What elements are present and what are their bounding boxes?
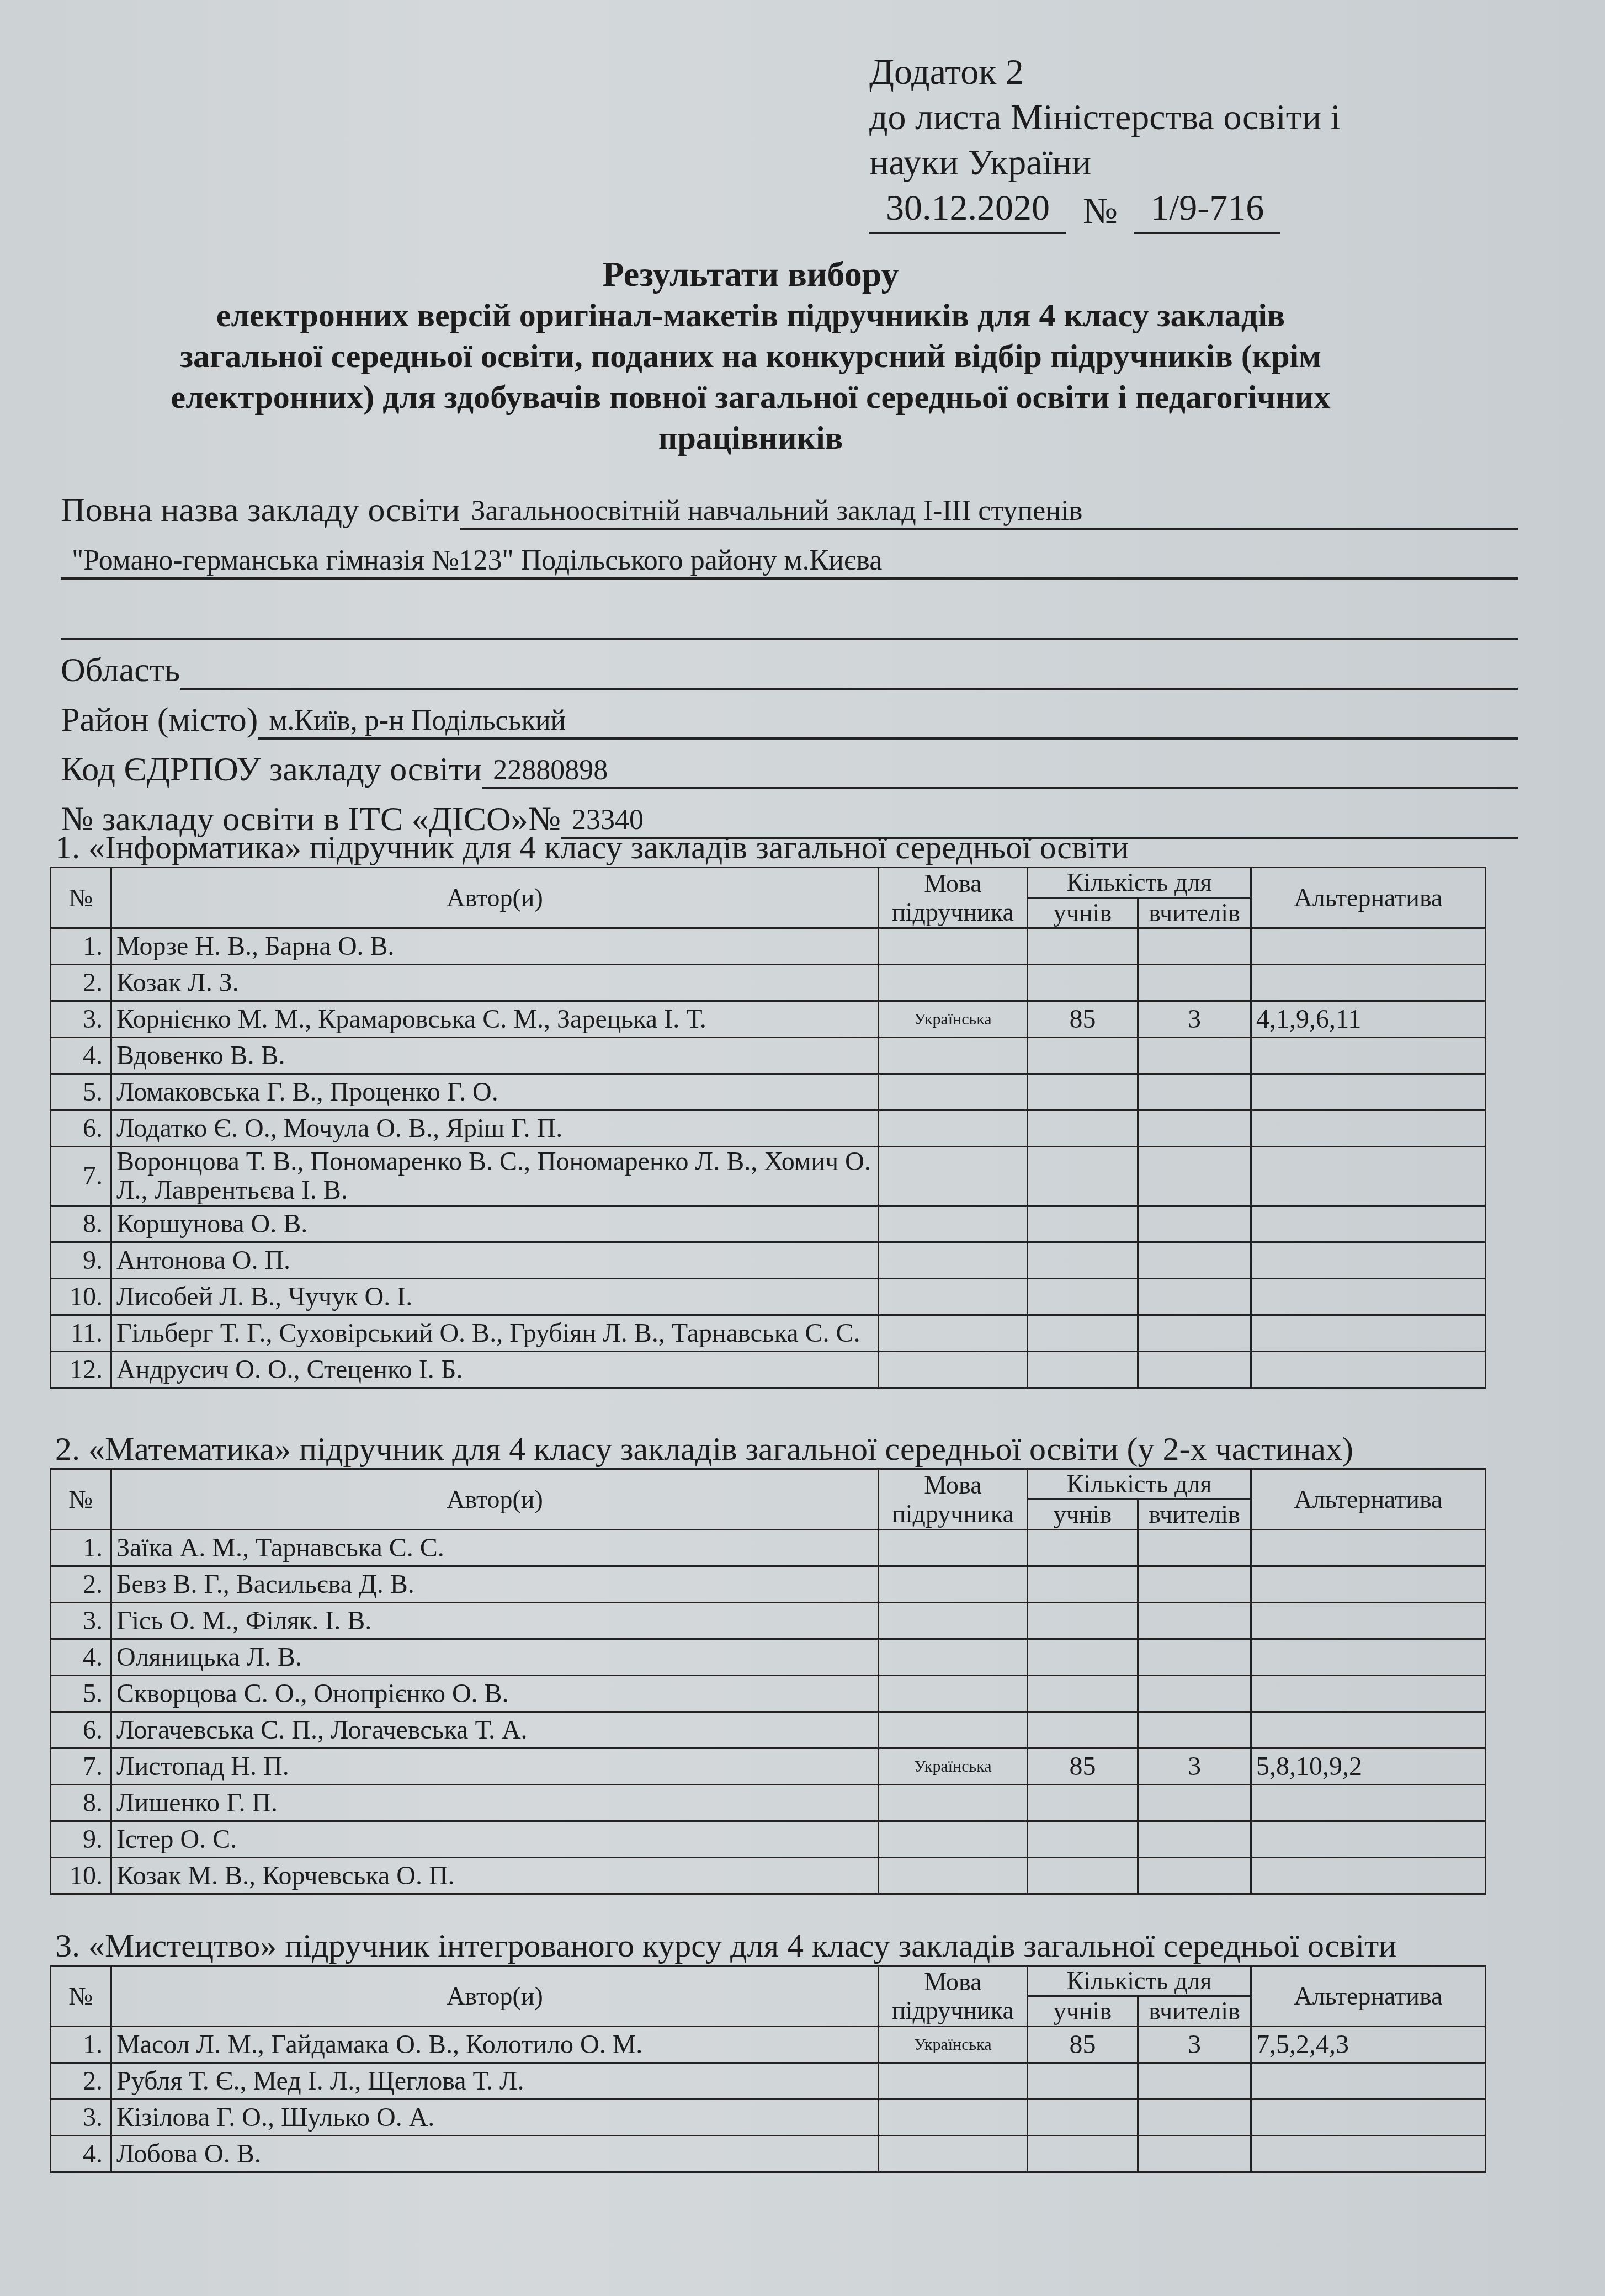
row-language (879, 1352, 1028, 1388)
appendix-letter-ref: до листа Міністерства освіти і (869, 95, 1341, 140)
row-authors: Ломаковська Г. В., Проценко Г. О. (111, 1074, 879, 1110)
row-teachers-count: 3 (1138, 1001, 1251, 1038)
row-students-count (1028, 965, 1138, 1001)
row-language (879, 928, 1028, 965)
section-title: 3. «Мистецтво» підручник інтегрованого к… (50, 1926, 1485, 1965)
row-students-count: 85 (1028, 1001, 1138, 1038)
table-row: 4.Лобова О. В. (51, 2136, 1486, 2172)
row-students-count (1028, 1566, 1138, 1603)
row-students-count (1028, 1074, 1138, 1110)
row-teachers-count (1138, 1676, 1251, 1712)
row-alternative (1251, 1242, 1486, 1279)
region-row: Область (61, 640, 1518, 690)
header-language: Мова підручника (879, 868, 1028, 928)
row-teachers-count (1138, 965, 1251, 1001)
row-alternative (1251, 1147, 1486, 1206)
full-name-value-1: Загальноосвітній навчальний заклад І-ІІІ… (460, 495, 1518, 530)
row-teachers-count (1138, 1279, 1251, 1315)
row-number: 7. (51, 1748, 111, 1785)
title-line-3: загальної середньої освіти, поданих на к… (66, 336, 1435, 376)
table-row: 3.Кізілова Г. О., Шулько О. А. (51, 2100, 1486, 2136)
row-teachers-count (1138, 1566, 1251, 1603)
table-row: 9.Антонова О. П. (51, 1242, 1486, 1279)
full-name-row: Повна назва закладу освіти Загальноосвіт… (61, 480, 1518, 530)
row-language (879, 1147, 1028, 1206)
row-language (879, 1821, 1028, 1858)
row-language: Українська (879, 1748, 1028, 1785)
row-students-count (1028, 1712, 1138, 1748)
header-authors: Автор(и) (111, 1469, 879, 1530)
header-students: учнів (1028, 1996, 1138, 2027)
title-line-4: електронних) для здобувачів повної загал… (66, 376, 1435, 417)
row-alternative (1251, 2063, 1486, 2100)
row-language (879, 1858, 1028, 1894)
row-language (879, 1785, 1028, 1821)
row-alternative (1251, 1206, 1486, 1242)
row-students-count (1028, 1858, 1138, 1894)
header-authors: Автор(и) (111, 1966, 879, 2027)
row-language (879, 1603, 1028, 1639)
header-alternative: Альтернатива (1251, 1469, 1486, 1530)
row-authors: Оляницька Л. В. (111, 1639, 879, 1676)
row-teachers-count (1138, 1074, 1251, 1110)
header-num: № (51, 1469, 111, 1530)
row-number: 6. (51, 1110, 111, 1147)
row-authors: Лодатко Є. О., Мочула О. В., Яріш Г. П. (111, 1110, 879, 1147)
row-students-count (1028, 2100, 1138, 2136)
row-language (879, 1639, 1028, 1676)
row-language: Українська (879, 1001, 1028, 1038)
row-teachers-count (1138, 928, 1251, 965)
row-authors: Логачевська С. П., Логачевська Т. А. (111, 1712, 879, 1748)
row-students-count (1028, 1206, 1138, 1242)
row-number: 8. (51, 1206, 111, 1242)
document-title: Результати вибору електронних версій ори… (66, 254, 1435, 458)
row-authors: Рубля Т. Є., Мед І. Л., Щеглова Т. Л. (111, 2063, 879, 2100)
row-students-count (1028, 1676, 1138, 1712)
row-number: 2. (51, 2063, 111, 2100)
row-authors: Гісь О. М., Філяк. І. В. (111, 1603, 879, 1639)
row-teachers-count: 3 (1138, 2027, 1251, 2063)
row-alternative (1251, 1352, 1486, 1388)
institution-fields: Повна назва закладу освіти Загальноосвіт… (61, 480, 1518, 839)
row-alternative (1251, 1279, 1486, 1315)
table-row: 10.Лисобей Л. В., Чучук О. І. (51, 1279, 1486, 1315)
section-mathematics: 2. «Математика» підручник для 4 класу за… (50, 1429, 1485, 1895)
row-alternative (1251, 1821, 1486, 1858)
row-alternative: 7,5,2,4,3 (1251, 2027, 1486, 2063)
row-language (879, 1566, 1028, 1603)
row-alternative (1251, 1785, 1486, 1821)
table-row: 8.Коршунова О. В. (51, 1206, 1486, 1242)
row-authors: Вдовенко В. В. (111, 1038, 879, 1074)
table-row: 12.Андрусич О. О., Стеценко І. Б. (51, 1352, 1486, 1388)
header-language: Мова підручника (879, 1469, 1028, 1530)
header-students: учнів (1028, 1500, 1138, 1530)
title-line-2: електронних версій оригінал-макетів підр… (66, 295, 1435, 336)
row-language (879, 965, 1028, 1001)
row-alternative (1251, 2100, 1486, 2136)
table-row: 3.Корнієнко М. М., Крамаровська С. М., З… (51, 1001, 1486, 1038)
row-students-count (1028, 1147, 1138, 1206)
row-authors: Андрусич О. О., Стеценко І. Б. (111, 1352, 879, 1388)
row-alternative (1251, 965, 1486, 1001)
row-students-count (1028, 2063, 1138, 2100)
row-teachers-count (1138, 1639, 1251, 1676)
region-value (180, 655, 1518, 690)
section-title: 2. «Математика» підручник для 4 класу за… (50, 1429, 1485, 1468)
row-students-count (1028, 1785, 1138, 1821)
row-language (879, 2063, 1028, 2100)
table-row: 5.Скворцова С. О., Онопрієнко О. В. (51, 1676, 1486, 1712)
row-number: 2. (51, 1566, 111, 1603)
full-name-row-2: "Романо-германська гімназія №123" Поділь… (61, 530, 1518, 580)
row-number: 9. (51, 1821, 111, 1858)
row-language (879, 2136, 1028, 2172)
row-language (879, 1242, 1028, 1279)
row-teachers-count (1138, 1712, 1251, 1748)
row-alternative (1251, 1315, 1486, 1352)
number-sign: № (1083, 189, 1118, 234)
row-students-count (1028, 1242, 1138, 1279)
row-number: 12. (51, 1352, 111, 1388)
letter-number: 1/9-716 (1134, 185, 1280, 234)
row-teachers-count (1138, 1530, 1251, 1566)
row-number: 5. (51, 1074, 111, 1110)
table-row: 1.Заїка А. М., Тарнавська С. С. (51, 1530, 1486, 1566)
table-row: 2.Рубля Т. Є., Мед І. Л., Щеглова Т. Л. (51, 2063, 1486, 2100)
row-language (879, 1206, 1028, 1242)
row-authors: Козак М. В., Корчевська О. П. (111, 1858, 879, 1894)
row-authors: Листопад Н. П. (111, 1748, 879, 1785)
row-students-count (1028, 1352, 1138, 1388)
row-alternative (1251, 1712, 1486, 1748)
table-row: 6.Лодатко Є. О., Мочула О. В., Яріш Г. П… (51, 1110, 1486, 1147)
row-students-count (1028, 1821, 1138, 1858)
row-number: 2. (51, 965, 111, 1001)
row-teachers-count (1138, 1038, 1251, 1074)
row-teachers-count (1138, 2136, 1251, 2172)
header-teachers: вчителів (1138, 1500, 1251, 1530)
table-row: 1.Масол Л. М., Гайдамака О. В., Колотило… (51, 2027, 1486, 2063)
row-students-count (1028, 1110, 1138, 1147)
row-teachers-count (1138, 1603, 1251, 1639)
full-name-label: Повна назва закладу освіти (61, 491, 460, 530)
header-num: № (51, 868, 111, 928)
row-teachers-count (1138, 1785, 1251, 1821)
row-alternative (1251, 1858, 1486, 1894)
full-name-value-3 (61, 605, 1518, 640)
full-name-row-3 (61, 580, 1518, 640)
table-row: 3.Гісь О. М., Філяк. І. В. (51, 1603, 1486, 1639)
textbook-table: № Автор(и) Мова підручника Кількість для… (50, 867, 1486, 1389)
table-row: 4.Оляницька Л. В. (51, 1639, 1486, 1676)
district-label: Район (місто) (61, 700, 258, 740)
appendix-header: Додаток 2 до листа Міністерства освіти і… (869, 50, 1341, 234)
table-row: 7.Листопад Н. П.Українська8535,8,10,9,2 (51, 1748, 1486, 1785)
row-teachers-count (1138, 1242, 1251, 1279)
header-authors: Автор(и) (111, 868, 879, 928)
row-teachers-count (1138, 1206, 1251, 1242)
region-label: Область (61, 651, 180, 690)
row-authors: Масол Л. М., Гайдамака О. В., Колотило О… (111, 2027, 879, 2063)
row-teachers-count (1138, 1110, 1251, 1147)
row-students-count (1028, 928, 1138, 965)
row-alternative: 4,1,9,6,11 (1251, 1001, 1486, 1038)
row-authors: Козак Л. З. (111, 965, 879, 1001)
row-alternative: 5,8,10,9,2 (1251, 1748, 1486, 1785)
row-alternative (1251, 1110, 1486, 1147)
row-number: 5. (51, 1676, 111, 1712)
row-teachers-count (1138, 1315, 1251, 1352)
header-quantity: Кількість для (1028, 868, 1251, 898)
row-teachers-count (1138, 2063, 1251, 2100)
row-authors: Антонова О. П. (111, 1242, 879, 1279)
row-authors: Лобова О. В. (111, 2136, 879, 2172)
row-number: 1. (51, 2027, 111, 2063)
row-teachers-count: 3 (1138, 1748, 1251, 1785)
edrpou-value: 22880898 (482, 754, 1518, 789)
header-language: Мова підручника (879, 1966, 1028, 2027)
row-number: 3. (51, 1603, 111, 1639)
header-alternative: Альтернатива (1251, 868, 1486, 928)
row-students-count: 85 (1028, 1748, 1138, 1785)
row-number: 11. (51, 1315, 111, 1352)
row-language (879, 1074, 1028, 1110)
textbook-table: № Автор(и) Мова підручника Кількість для… (50, 1468, 1486, 1895)
row-students-count (1028, 1315, 1138, 1352)
table-row: 1.Морзе Н. В., Барна О. В. (51, 928, 1486, 965)
table-row: 2.Бевз В. Г., Васильєва Д. В. (51, 1566, 1486, 1603)
full-name-value-2: "Романо-германська гімназія №123" Поділь… (61, 544, 1518, 580)
row-authors: Істер О. С. (111, 1821, 879, 1858)
header-students: учнів (1028, 898, 1138, 928)
row-alternative (1251, 1530, 1486, 1566)
header-alternative: Альтернатива (1251, 1966, 1486, 2027)
row-students-count: 85 (1028, 2027, 1138, 2063)
row-alternative (1251, 1603, 1486, 1639)
row-language (879, 1712, 1028, 1748)
row-language (879, 1110, 1028, 1147)
section-art: 3. «Мистецтво» підручник інтегрованого к… (50, 1926, 1485, 2173)
section-title: 1. «Інформатика» підручник для 4 класу з… (50, 828, 1485, 867)
header-num: № (51, 1966, 111, 2027)
row-number: 3. (51, 1001, 111, 1038)
district-row: Район (місто) м.Київ, р-н Подільський (61, 690, 1518, 740)
row-authors: Гільберг Т. Г., Суховірський О. В., Груб… (111, 1315, 879, 1352)
row-alternative (1251, 1639, 1486, 1676)
row-number: 6. (51, 1712, 111, 1748)
row-students-count (1028, 1603, 1138, 1639)
row-alternative (1251, 1566, 1486, 1603)
row-number: 10. (51, 1279, 111, 1315)
row-authors: Воронцова Т. В., Пономаренко В. С., Поно… (111, 1147, 879, 1206)
section-informatics: 1. «Інформатика» підручник для 4 класу з… (50, 828, 1485, 1389)
row-number: 4. (51, 1038, 111, 1074)
row-alternative (1251, 2136, 1486, 2172)
table-row: 11.Гільберг Т. Г., Суховірський О. В., Г… (51, 1315, 1486, 1352)
row-authors: Скворцова С. О., Онопрієнко О. В. (111, 1676, 879, 1712)
appendix-label: Додаток 2 (869, 50, 1341, 95)
row-alternative (1251, 1038, 1486, 1074)
row-language (879, 2100, 1028, 2136)
row-alternative (1251, 1676, 1486, 1712)
header-quantity: Кількість для (1028, 1966, 1251, 1996)
row-number: 10. (51, 1858, 111, 1894)
row-students-count (1028, 1530, 1138, 1566)
row-language (879, 1676, 1028, 1712)
table-row: 7.Воронцова Т. В., Пономаренко В. С., По… (51, 1147, 1486, 1206)
row-number: 7. (51, 1147, 111, 1206)
row-authors: Коршунова О. В. (111, 1206, 879, 1242)
row-language (879, 1038, 1028, 1074)
textbook-table: № Автор(и) Мова підручника Кількість для… (50, 1965, 1486, 2173)
table-row: 4.Вдовенко В. В. (51, 1038, 1486, 1074)
row-language (879, 1315, 1028, 1352)
row-number: 1. (51, 928, 111, 965)
district-value: м.Київ, р-н Подільський (258, 704, 1518, 740)
row-authors: Бевз В. Г., Васильєва Д. В. (111, 1566, 879, 1603)
table-row: 8.Лишенко Г. П. (51, 1785, 1486, 1821)
row-language (879, 1279, 1028, 1315)
row-authors: Заїка А. М., Тарнавська С. С. (111, 1530, 879, 1566)
letter-date: 30.12.2020 (869, 185, 1066, 234)
row-students-count (1028, 1038, 1138, 1074)
row-number: 1. (51, 1530, 111, 1566)
row-teachers-count (1138, 1147, 1251, 1206)
header-quantity: Кількість для (1028, 1469, 1251, 1500)
letter-reference: 30.12.2020 № 1/9-716 (869, 185, 1341, 234)
row-teachers-count (1138, 1352, 1251, 1388)
row-students-count (1028, 2136, 1138, 2172)
row-alternative (1251, 1074, 1486, 1110)
row-teachers-count (1138, 1858, 1251, 1894)
row-number: 4. (51, 2136, 111, 2172)
row-authors: Морзе Н. В., Барна О. В. (111, 928, 879, 965)
row-alternative (1251, 928, 1486, 965)
table-row: 2.Козак Л. З. (51, 965, 1486, 1001)
row-authors: Лисобей Л. В., Чучук О. І. (111, 1279, 879, 1315)
table-row: 5.Ломаковська Г. В., Проценко Г. О. (51, 1074, 1486, 1110)
table-row: 9.Істер О. С. (51, 1821, 1486, 1858)
edrpou-label: Код ЄДРПОУ закладу освіти (61, 750, 482, 789)
row-number: 8. (51, 1785, 111, 1821)
row-language: Українська (879, 2027, 1028, 2063)
table-row: 6.Логачевська С. П., Логачевська Т. А. (51, 1712, 1486, 1748)
title-main: Результати вибору (66, 254, 1435, 295)
row-authors: Кізілова Г. О., Шулько О. А. (111, 2100, 879, 2136)
header-teachers: вчителів (1138, 898, 1251, 928)
table-row: 10.Козак М. В., Корчевська О. П. (51, 1858, 1486, 1894)
row-teachers-count (1138, 2100, 1251, 2136)
row-authors: Корнієнко М. М., Крамаровська С. М., Зар… (111, 1001, 879, 1038)
row-students-count (1028, 1279, 1138, 1315)
title-line-5: працівників (66, 417, 1435, 458)
row-number: 3. (51, 2100, 111, 2136)
row-language (879, 1530, 1028, 1566)
row-number: 4. (51, 1639, 111, 1676)
edrpou-row: Код ЄДРПОУ закладу освіти 22880898 (61, 740, 1518, 789)
header-teachers: вчителів (1138, 1996, 1251, 2027)
row-authors: Лишенко Г. П. (111, 1785, 879, 1821)
appendix-ministry: науки України (869, 140, 1341, 185)
row-number: 9. (51, 1242, 111, 1279)
row-teachers-count (1138, 1821, 1251, 1858)
row-students-count (1028, 1639, 1138, 1676)
